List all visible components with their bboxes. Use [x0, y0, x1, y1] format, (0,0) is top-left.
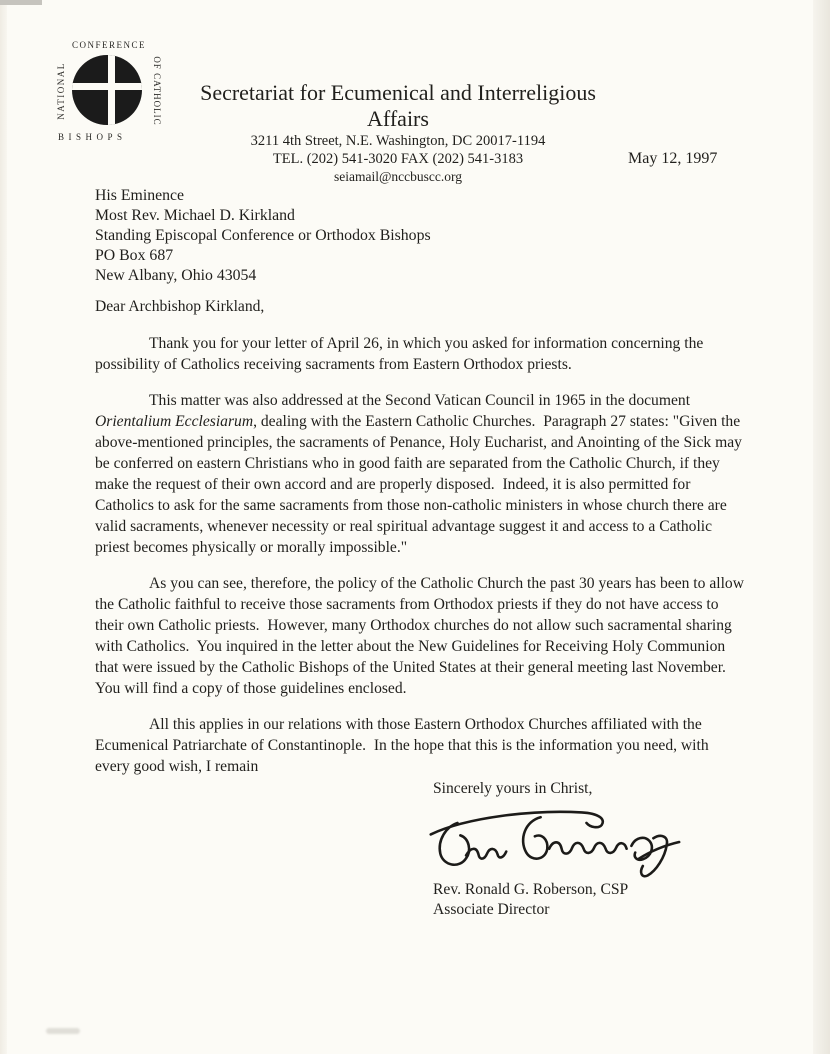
org-address: 3211 4th Street, N.E. Washington, DC 200… — [168, 132, 628, 150]
org-title: Secretariat for Ecumenical and Interreli… — [168, 80, 628, 132]
emblem-right-label: OF CATHOLIC — [152, 56, 162, 125]
letter-body: Dear Archbishop Kirkland, Thank you for … — [95, 296, 745, 792]
handwritten-signature — [412, 800, 717, 886]
scan-smudge-bottomleft — [46, 1028, 80, 1034]
scanned-letter-page: CONFERENCE NATIONAL OF CATHOLIC BISHOPS … — [0, 0, 830, 1054]
emblem-bottom-label: BISHOPS — [58, 132, 127, 142]
letter-date: May 12, 1997 — [628, 150, 717, 168]
paragraph-text: Thank you for your letter of April 26, i… — [95, 335, 707, 373]
valediction: Sincerely yours in Christ, — [433, 780, 592, 798]
paragraph-text: All this applies in our relations with t… — [95, 716, 713, 775]
signer-block: Rev. Ronald G. Roberson, CSP Associate D… — [433, 880, 628, 920]
recipient-line: His Eminence — [95, 186, 431, 206]
paragraph-text: As you can see, therefore, the policy of… — [95, 575, 748, 697]
recipient-line: New Albany, Ohio 43054 — [95, 266, 431, 286]
body-paragraph-1: Thank you for your letter of April 26, i… — [95, 333, 745, 375]
cross-in-circle-icon — [69, 51, 147, 131]
paragraph-text: This matter was also addressed at the Se… — [149, 392, 694, 409]
signer-title: Associate Director — [433, 900, 628, 920]
document-title-italic: Orientalium Ecclesiarum — [95, 413, 253, 430]
scan-edge-left — [0, 0, 7, 1054]
org-phone-fax: TEL. (202) 541-3020 FAX (202) 541-3183 — [168, 150, 628, 168]
recipient-line: Standing Episcopal Conference or Orthodo… — [95, 226, 431, 246]
emblem-top-label: CONFERENCE — [72, 40, 146, 50]
recipient-address-block: His Eminence Most Rev. Michael D. Kirkla… — [95, 186, 431, 286]
paragraph-text: , dealing with the Eastern Catholic Chur… — [95, 413, 746, 556]
recipient-line: Most Rev. Michael D. Kirkland — [95, 206, 431, 226]
body-paragraph-3: As you can see, therefore, the policy of… — [95, 573, 745, 699]
emblem-left-label: NATIONAL — [56, 62, 66, 120]
scan-mark-topleft — [0, 0, 42, 5]
nccb-emblem: CONFERENCE NATIONAL OF CATHOLIC BISHOPS — [57, 40, 161, 142]
org-email: seiamail@nccbuscc.org — [168, 168, 628, 186]
signer-name: Rev. Ronald G. Roberson, CSP — [433, 880, 628, 900]
recipient-line: PO Box 687 — [95, 246, 431, 266]
body-paragraph-2: This matter was also addressed at the Se… — [95, 390, 745, 558]
body-paragraph-4: All this applies in our relations with t… — [95, 714, 745, 777]
letterhead: Secretariat for Ecumenical and Interreli… — [168, 80, 628, 186]
scan-edge-right — [813, 0, 830, 1054]
salutation: Dear Archbishop Kirkland, — [95, 296, 745, 317]
signature-strokes-icon — [412, 800, 717, 886]
